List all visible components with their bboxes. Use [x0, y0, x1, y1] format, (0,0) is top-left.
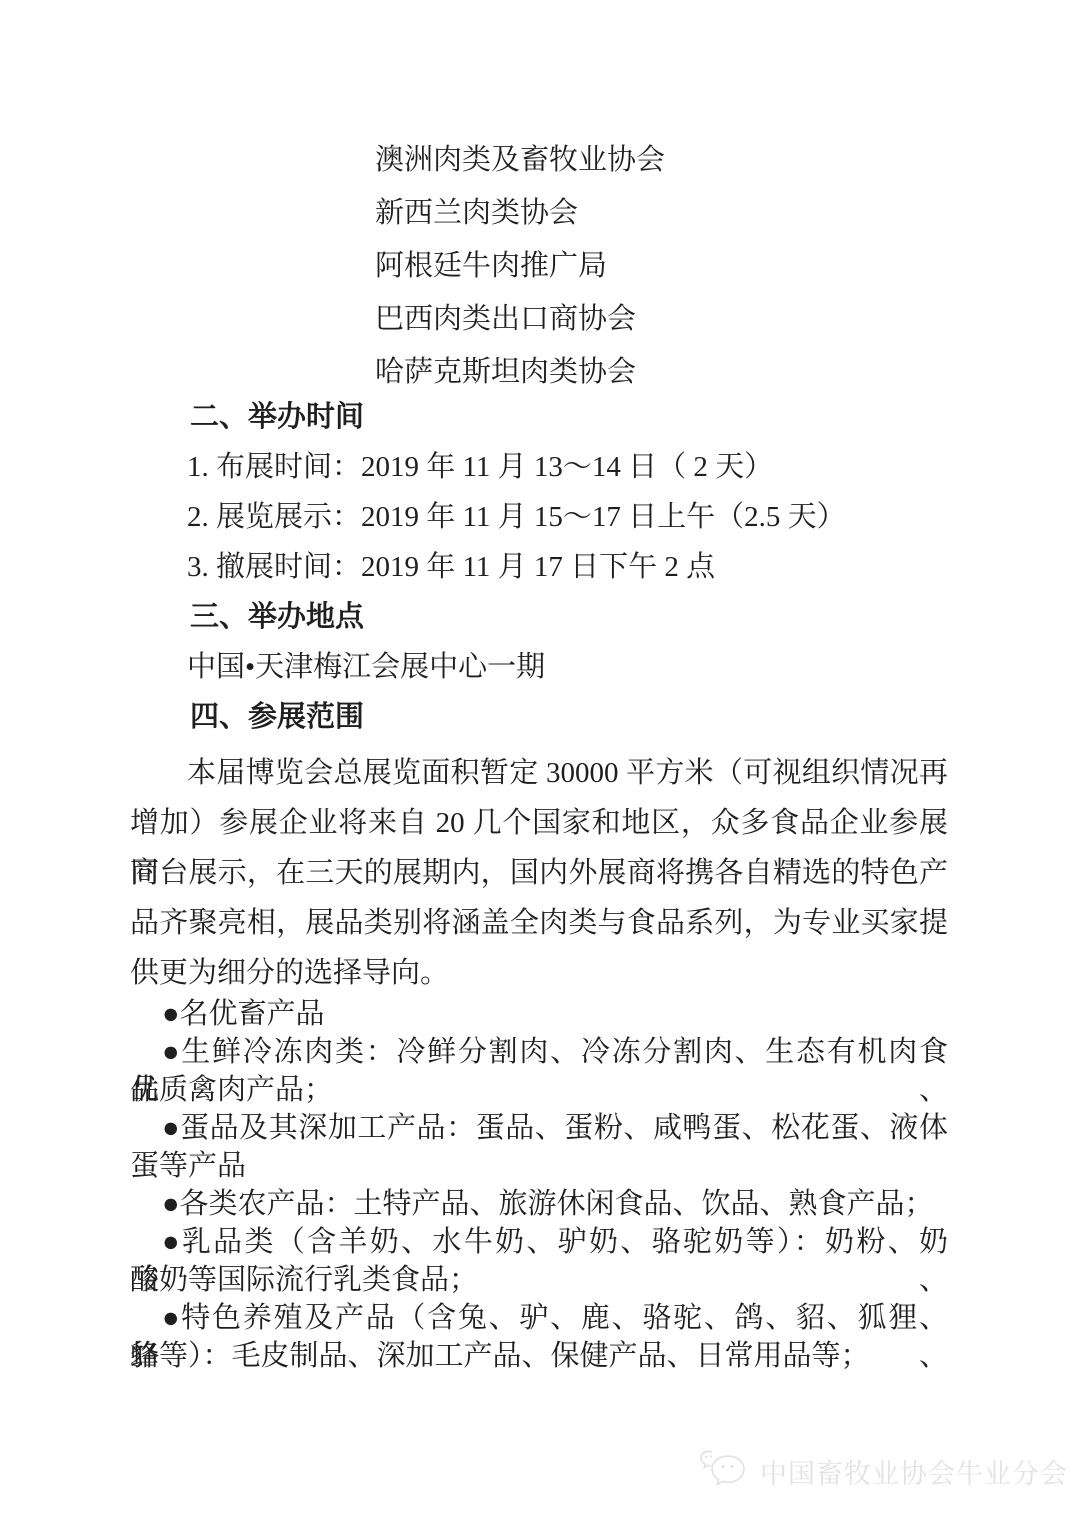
- section-heading-venue: 三、举办地点: [130, 592, 948, 642]
- wechat-bubbles-icon: [698, 1448, 750, 1494]
- bullet-line: 蛋等产品: [130, 1147, 948, 1185]
- organization-item: 澳洲肉类及畜牧业协会: [375, 134, 665, 187]
- section-heading-time: 二、举办时间: [130, 392, 948, 442]
- organization-item: 新西兰肉类协会: [375, 187, 665, 240]
- paragraph-line: 本届博览会总展览面积暂定 30000 平方米（可视组织情况再: [130, 748, 948, 798]
- bullet-line: 蜂等）：毛皮制品、深加工产品、保健产品、日常用品等；: [130, 1337, 948, 1375]
- schedule-item-exhibition: 2. 展览展示：2019 年 11 月 15～17 日上午（2.5 天）: [130, 492, 948, 542]
- section-heading-scope: 四、参展范围: [130, 692, 948, 742]
- sections-block: 二、举办时间 1. 布展时间：2019 年 11 月 13～14 日（ 2 天）…: [130, 392, 948, 742]
- category-bullet-list: ●名优畜产品 ●生鲜冷冻肉类：冷鲜分割肉、冷冻分割肉、生态有机肉食品、 优质禽肉…: [130, 995, 948, 1375]
- scope-paragraph: 本届博览会总展览面积暂定 30000 平方米（可视组织情况再 增加）参展企业将来…: [130, 748, 948, 998]
- watermark-text: 中国畜牧业协会牛业分会: [760, 1452, 1068, 1491]
- paragraph-line: 增加）参展企业将来自 20 几个国家和地区，众多食品企业参展商: [130, 798, 948, 848]
- bullet-line: ●名优畜产品: [130, 995, 948, 1033]
- bullet-line: ●特色养殖及产品（含兔、驴、鹿、骆驼、鸽、貂、狐狸、貉、: [130, 1299, 948, 1337]
- schedule-item-setup: 1. 布展时间：2019 年 11 月 13～14 日（ 2 天）: [130, 442, 948, 492]
- watermark: 中国畜牧业协会牛业分会: [698, 1448, 1068, 1494]
- paragraph-line: 同台展示，在三天的展期内，国内外展商将携各自精选的特色产: [130, 848, 948, 898]
- bullet-line: ●各类农产品：土特产品、旅游休闲食品、饮品、熟食产品；: [130, 1185, 948, 1223]
- organization-item: 阿根廷牛肉推广局: [375, 240, 665, 293]
- document-page: 澳洲肉类及畜牧业协会 新西兰肉类协会 阿根廷牛肉推广局 巴西肉类出口商协会 哈萨…: [0, 0, 1080, 1527]
- schedule-item-teardown: 3. 撤展时间：2019 年 11 月 17 日下午 2 点: [130, 542, 948, 592]
- paragraph-line: 品齐聚亮相，展品类别将涵盖全肉类与食品系列，为专业买家提: [130, 898, 948, 948]
- organization-list: 澳洲肉类及畜牧业协会 新西兰肉类协会 阿根廷牛肉推广局 巴西肉类出口商协会 哈萨…: [375, 134, 665, 399]
- bullet-line: ●蛋品及其深加工产品：蛋品、蛋粉、咸鸭蛋、松花蛋、液体: [130, 1109, 948, 1147]
- organization-item: 巴西肉类出口商协会: [375, 293, 665, 346]
- bullet-line: ●乳品类（含羊奶、水牛奶、驴奶、骆驼奶等）：奶粉、奶酪、: [130, 1223, 948, 1261]
- paragraph-line: 供更为细分的选择导向。: [130, 948, 948, 998]
- venue-line: 中国•天津梅江会展中心一期: [130, 642, 948, 692]
- bullet-line: ●生鲜冷冻肉类：冷鲜分割肉、冷冻分割肉、生态有机肉食品、: [130, 1033, 948, 1071]
